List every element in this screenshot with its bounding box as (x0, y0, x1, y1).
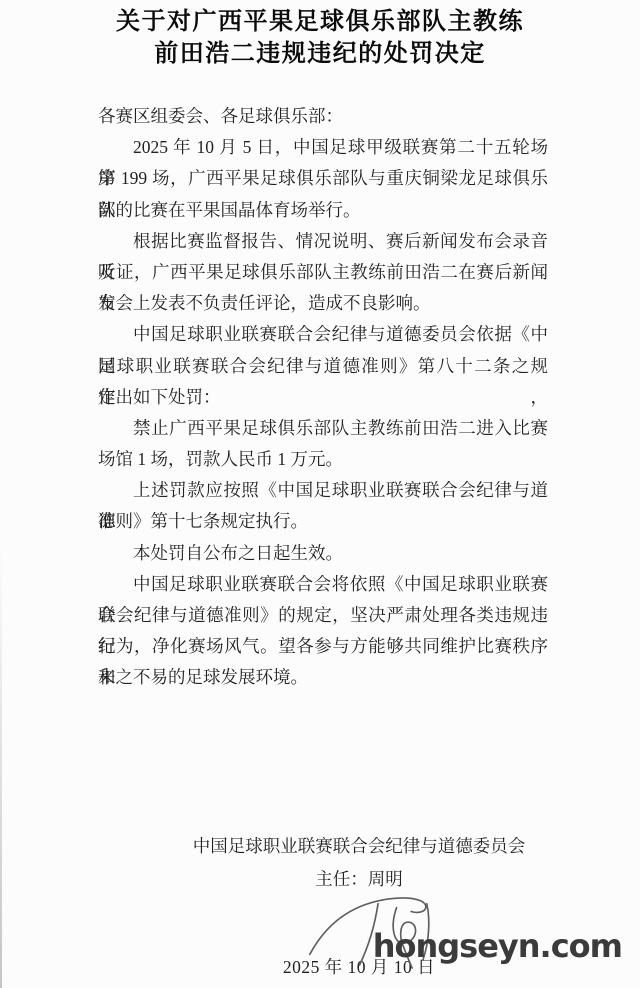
body-line: 中国足球职业联赛联合会将依照《中国足球职业联赛联 (98, 569, 548, 600)
document-page: { "title": { "line1": "关于对广西平果足球俱乐部队主教练"… (0, 0, 640, 988)
body-line-salutation: 各赛区组委会、各足球俱乐部： (98, 101, 548, 132)
body-line: 行为，净化赛场风气。望各参与方能够共同维护比赛秩序和 (98, 631, 548, 662)
body-line: 中国足球职业联赛联合会纪律与道德委员会依据《中国 (98, 319, 548, 350)
issuing-organization: 中国足球职业联赛联合会纪律与道德委员会 (78, 834, 640, 858)
body-line: 本处罚自公布之日起生效。 (98, 538, 548, 569)
document: 关于对广西平果足球俱乐部队主教练 前田浩二违规违纪的处罚决定 各赛区组委会、各足… (0, 0, 640, 988)
watermark: hongseyn.com (373, 929, 622, 963)
body-line: 足球职业联赛联合会纪律与道德准则》第八十二条之规定， (98, 351, 548, 382)
title-line-1: 关于对广西平果足球俱乐部队主教练 (0, 6, 640, 38)
body-line: 上述罚款应按照《中国足球职业联赛联合会纪律与道德 (98, 475, 548, 506)
signer-title: 主任：周明 (78, 867, 640, 891)
body-line: 根据比赛监督报告、情况说明、赛后新闻发布会录音及 (98, 226, 548, 257)
body-line: 队的比赛在平果国晶体育场举行。 (98, 195, 548, 226)
document-body: 各赛区组委会、各足球俱乐部： 2025 年 10 月 5 日，中国足球甲级联赛第… (98, 101, 548, 694)
body-line: 2025 年 10 月 5 日，中国足球甲级联赛第二十五轮场序 (98, 132, 548, 163)
body-line: 场馆 1 场，罚款人民币 1 万元。 (98, 444, 548, 475)
body-line: 听证，广西平果足球俱乐部队主教练前田浩二在赛后新闻发 (98, 257, 548, 288)
body-line: 合会纪律与道德准则》的规定，坚决严肃处理各类违规违纪 (98, 600, 548, 631)
body-line: 禁止广西平果足球俱乐部队主教练前田浩二进入比赛 (98, 413, 548, 444)
title-line-2: 前田浩二违规违纪的处罚决定 (0, 38, 640, 70)
document-title: 关于对广西平果足球俱乐部队主教练 前田浩二违规违纪的处罚决定 (0, 6, 640, 70)
body-line: 来之不易的足球发展环境。 (98, 662, 548, 693)
scan-edge-artifact (0, 545, 2, 988)
body-line: 第 199 场，广西平果足球俱乐部队与重庆铜梁龙足球俱乐部 (98, 163, 548, 194)
body-line: 布会上发表不负责任评论，造成不良影响。 (98, 288, 548, 319)
body-line: 准则》第十七条规定执行。 (98, 506, 548, 537)
